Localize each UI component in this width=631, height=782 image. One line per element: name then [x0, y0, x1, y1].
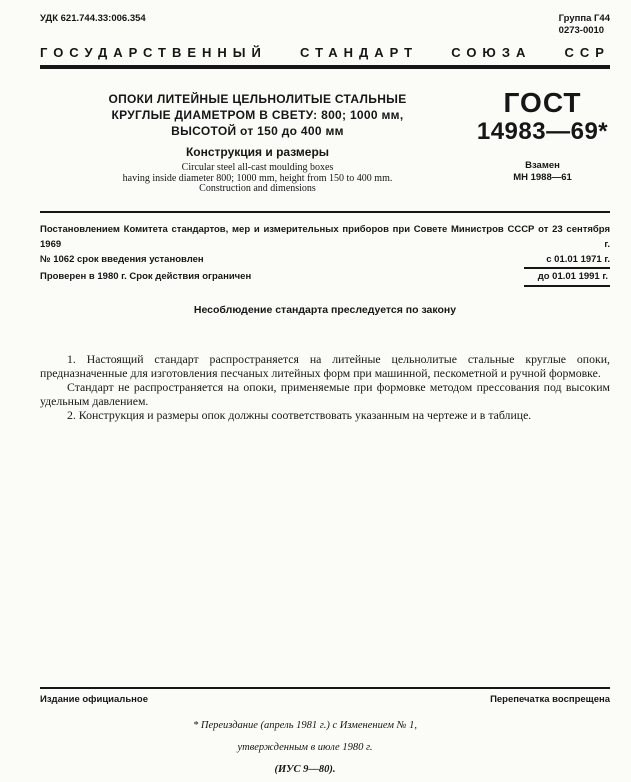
replaces-label: Взамен: [475, 160, 610, 172]
replaces-block: Взамен МН 1988—61: [475, 160, 610, 184]
title-section: ОПОКИ ЛИТЕЙНЫЕ ЦЕЛЬНОЛИТЫЕ СТАЛЬНЫЕ КРУГ…: [40, 91, 610, 195]
udk-classification: УДК 621.744.33:006.354: [40, 13, 146, 24]
expiry-date: до 01.01 1991 г.: [524, 267, 610, 287]
decree-line-3-text: Проверен в 1980 г. Срок действия огранич…: [40, 269, 251, 284]
effective-date: с 01.01 1971 г.: [546, 252, 610, 267]
decree-line-1: Постановлением Комитета стандартов, мер …: [40, 222, 610, 252]
english-title-block: Circular steel all-cast moulding boxes h…: [40, 163, 475, 195]
gost-label: ГОСТ: [475, 88, 610, 118]
horizontal-rule: [40, 211, 610, 213]
standard-designation-block: ГОСТ 14983—69* Взамен МН 1988—61: [475, 91, 610, 195]
replaces-value: МН 1988—61: [475, 172, 610, 184]
law-notice: Несоблюдение стандарта преследуется по з…: [40, 304, 610, 316]
decree-line-3: Проверен в 1980 г. Срок действия огранич…: [40, 267, 610, 287]
revision-footnote: * Переиздание (апрель 1981 г.) с Изменен…: [40, 715, 610, 781]
body-paragraph-1: 1. Настоящий стандарт распространяется н…: [40, 352, 610, 380]
body-paragraph-3: 2. Конструкция и размеры опок должны соо…: [40, 408, 610, 422]
official-edition-label: Издание официальное: [40, 694, 148, 705]
english-title-line: Construction and dimensions: [40, 184, 475, 195]
banner-word: ССР: [565, 45, 610, 60]
footnote-line-1: * Переиздание (апрель 1981 г.) с Изменен…: [40, 715, 570, 737]
decree-paragraph: Постановлением Комитета стандартов, мер …: [40, 222, 610, 287]
group-code: 0273-0010: [559, 25, 610, 37]
reprint-prohibited-label: Перепечатка воспрещена: [490, 694, 610, 705]
gost-document-page: УДК 621.744.33:006.354 Группа Г44 0273-0…: [0, 0, 631, 782]
gost-number: 14983—69*: [475, 118, 610, 146]
decree-line-2: № 1062 срок введения установлен с 01.01 …: [40, 252, 610, 267]
title-block: ОПОКИ ЛИТЕЙНЫЕ ЦЕЛЬНОЛИТЫЕ СТАЛЬНЫЕ КРУГ…: [40, 91, 475, 195]
english-title-line: Circular steel all-cast moulding boxes: [40, 163, 475, 174]
document-header-row: УДК 621.744.33:006.354 Группа Г44 0273-0…: [40, 0, 610, 36]
document-footer: Издание официальное Перепечатка воспреще…: [40, 687, 610, 781]
banner-word: ГОСУДАРСТВЕННЫЙ: [40, 45, 267, 60]
decree-line-2-text: № 1062 срок введения установлен: [40, 252, 204, 267]
footer-bar: Издание официальное Перепечатка воспреще…: [40, 687, 610, 705]
title-line-2: КРУГЛЫЕ ДИАМЕТРОМ В СВЕТУ: 800; 1000 мм,: [40, 107, 475, 123]
title-line-1: ОПОКИ ЛИТЕЙНЫЕ ЦЕЛЬНОЛИТЫЕ СТАЛЬНЫЕ: [40, 91, 475, 107]
banner-word: СТАНДАРТ: [300, 45, 418, 60]
group-label: Группа Г44: [559, 13, 610, 25]
title-subtitle: Конструкция и размеры: [40, 145, 475, 159]
standard-body-text: 1. Настоящий стандарт распространяется н…: [40, 352, 610, 422]
state-standard-banner: ГОСУДАРСТВЕННЫЙ СТАНДАРТ СОЮЗА ССР: [40, 45, 610, 69]
footnote-line-3: (ИУС 9—80).: [40, 759, 570, 781]
body-paragraph-2: Стандарт не распространяется на опоки, п…: [40, 380, 610, 408]
footnote-line-2: утвержденным в июле 1980 г.: [40, 737, 570, 759]
banner-word: СОЮЗА: [451, 45, 531, 60]
title-line-3: ВЫСОТОЙ от 150 до 400 мм: [40, 123, 475, 139]
group-block: Группа Г44 0273-0010: [559, 13, 610, 36]
